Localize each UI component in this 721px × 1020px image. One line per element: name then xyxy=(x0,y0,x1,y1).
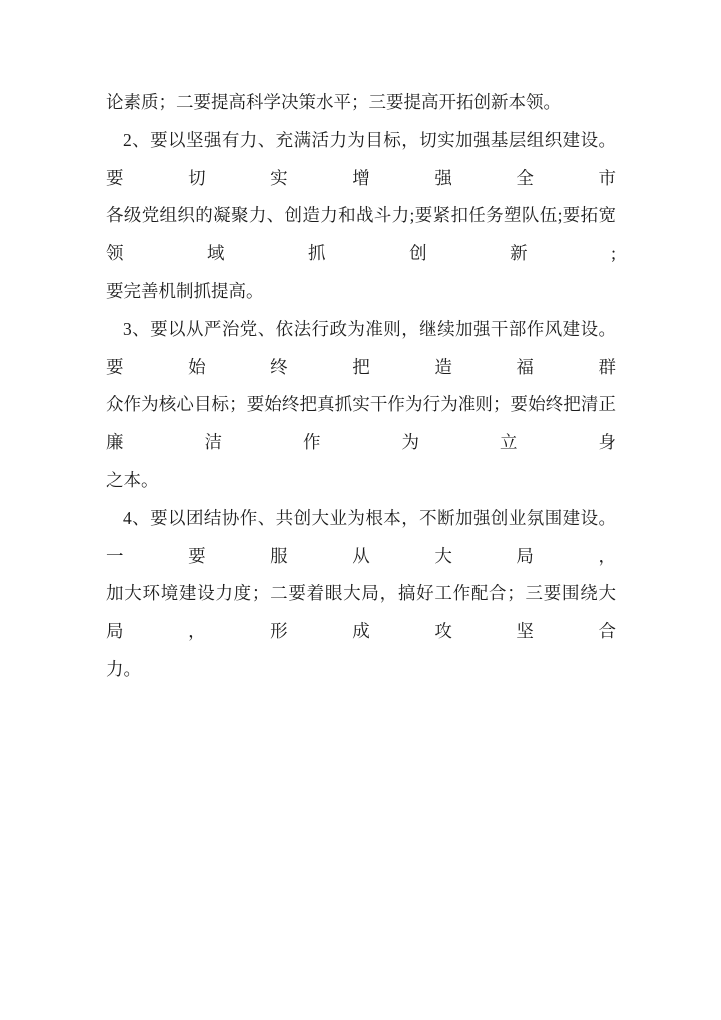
document-text-body: 论素质；二要提高科学决策水平；三要提高开拓创新本领。 2、要以坚强有力、充满活力… xyxy=(106,84,616,689)
paragraph-line: 要完善机制抓提高。 xyxy=(106,273,616,311)
paragraph-line: 力。 xyxy=(106,651,616,689)
paragraph-line: 论素质；二要提高科学决策水平；三要提高开拓创新本领。 xyxy=(106,84,616,122)
paragraph-line: 4、要以团结协作、共创大业为根本，不断加强创业氛围建设。一要服从大局， xyxy=(106,500,616,576)
paragraph-line: 2、要以坚强有力、充满活力为目标，切实加强基层组织建设。要切实增强全市 xyxy=(106,122,616,198)
document-page: 论素质；二要提高科学决策水平；三要提高开拓创新本领。 2、要以坚强有力、充满活力… xyxy=(0,0,721,1020)
paragraph-line: 之本。 xyxy=(106,462,616,500)
paragraph-line: 众作为核心目标；要始终把真抓实干作为行为准则；要始终把清正廉洁作为立身 xyxy=(106,386,616,462)
paragraph-line: 各级党组织的凝聚力、创造力和战斗力;要紧扣任务塑队伍;要拓宽领域抓创新; xyxy=(106,197,616,273)
paragraph-line: 加大环境建设力度；二要着眼大局，搞好工作配合；三要围绕大局，形成攻坚合 xyxy=(106,575,616,651)
paragraph-line: 3、要以从严治党、依法行政为准则，继续加强干部作风建设。要始终把造福群 xyxy=(106,311,616,387)
